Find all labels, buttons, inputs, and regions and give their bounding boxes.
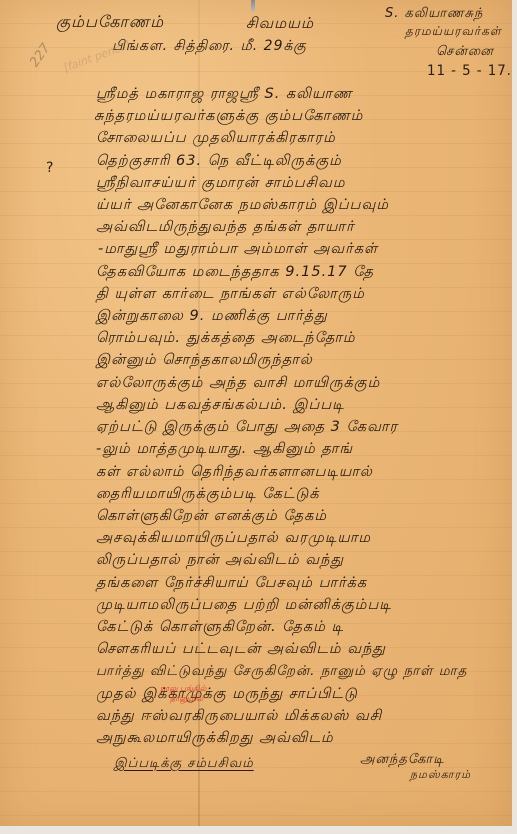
body-line: முடியாமலிருப்பதை பற்றி மன்னிக்கும்படி — [96, 597, 392, 615]
red-annotation-line-1: நாலு பங்கில் — [160, 684, 206, 694]
closing-salutation: இப்படிக்கு சம்பசிவம் — [114, 756, 254, 772]
body-line: அநுகூலமாயிருக்கிறது அவ்விடம் — [96, 730, 334, 748]
body-line: கொள்ளுகிறேன் எனக்கும் தேகம் — [96, 508, 327, 526]
body-line: சௌகரியப் பட்டவுடன் அவ்விடம் வந்து — [96, 641, 386, 659]
signature-line-1: அனந்தகோடி — [360, 752, 445, 768]
body-line: ஸ்ரீநிவாசய்யர் குமாரன் சாம்பசிவம — [96, 175, 346, 193]
place-heading: கும்பகோணம் — [56, 12, 164, 33]
red-annotation-line-2: தானுமில் — [170, 694, 203, 704]
date-numeric: 11 - 5 - 17. — [427, 63, 512, 79]
invocation-heading: சிவமயம் — [246, 14, 314, 34]
archive-number: 227 — [27, 41, 54, 70]
letter-page: 227 [faint pencil] ? கும்பகோணம் சிவமயம் … — [0, 0, 512, 826]
body-line: சுந்தரமய்யரவர்களுக்கு கும்பகோணம் — [94, 108, 363, 126]
tamil-date-line: பிங்கள. சித்திரை. மீ. 29க்கு — [112, 38, 307, 56]
body-line: கேட்டுக் கொள்ளுகிறேன். தேகம் டி — [96, 619, 344, 637]
body-line: அசவுக்கியமாயிருப்பதால் வரமுடியாம — [96, 530, 371, 548]
body-line: பார்த்து விட்டுவந்து சேருகிறேன். நானும் … — [96, 663, 467, 681]
body-line: தெற்குசாரி 63. நெ வீட்டிலிருக்கும் — [96, 153, 342, 171]
body-line: தங்களை நேர்ச்சியாய் பேசவும் பார்க்க — [96, 575, 367, 593]
body-line: சோலையப்ப முதலியாரக்கிரகாரம் — [96, 130, 336, 148]
signature-line-2: நமஸ்காரம் — [410, 768, 471, 783]
body-line: தி யுள்ள கார்டை நாங்கள் எல்லோரும் — [96, 286, 365, 304]
body-line: கள் எல்லாம் தெரிந்தவர்களானபடியால் — [96, 464, 373, 482]
body-line: எல்லோருக்கும் அந்த வாசி மாயிருக்கும் — [96, 375, 380, 393]
body-line: -மாதுஸ்ரீ மதுராம்பா அம்மாள் அவர்கள் — [98, 241, 378, 259]
body-line: தேகவியோக மடைந்ததாக 9.15.17 தே — [96, 264, 374, 282]
body-line: -லும் மாத்தமுடியாது. ஆகினும் தாங் — [96, 441, 353, 459]
margin-question-mark: ? — [46, 160, 54, 176]
body-line: முதல் இக்காமுக்கு மருந்து சாப்பிட்டு — [96, 686, 358, 704]
body-line: தைரியமாயிருக்கும்படி கேட்டுக் — [96, 486, 320, 504]
body-line: ஸ்ரீமத் மகாராஜ ராஜஸ்ரீ S. கலியாண — [96, 86, 352, 104]
body-line: ய்யர் அனேகானேக நமஸ்காரம் இப்பவும் — [96, 197, 389, 215]
body-line: இன்னும் சொந்தகாலமிருந்தால் — [96, 352, 313, 370]
body-line: ஆகினும் பகவத்சங்கல்பம். இப்படி — [96, 397, 345, 415]
body-line: லிருப்பதால் நான் அவ்விடம் வந்து — [96, 552, 344, 570]
city-line: சென்னை — [436, 44, 494, 60]
sender-name-line-1: S. கலியாணசுந் — [385, 6, 483, 22]
pin-mark — [251, 0, 255, 12]
body-line: அவ்விடமிருந்துவந்த தங்கள் தாயார் — [96, 219, 355, 237]
body-line: வந்து ஈஸ்வரகிருபையால் மிக்கலஸ் வசி — [96, 708, 382, 726]
body-line: ஏற்பட்டு இருக்கும் போது அதை 3 கேவார — [96, 419, 398, 437]
body-line: ரொம்பவும். துக்கத்தை அடைந்தோம் — [96, 330, 356, 348]
sender-name-line-2: தரமய்யரவர்கள் — [405, 24, 502, 40]
body-line: இன்றுகாலை 9. மணிக்கு பார்த்து — [96, 308, 328, 326]
